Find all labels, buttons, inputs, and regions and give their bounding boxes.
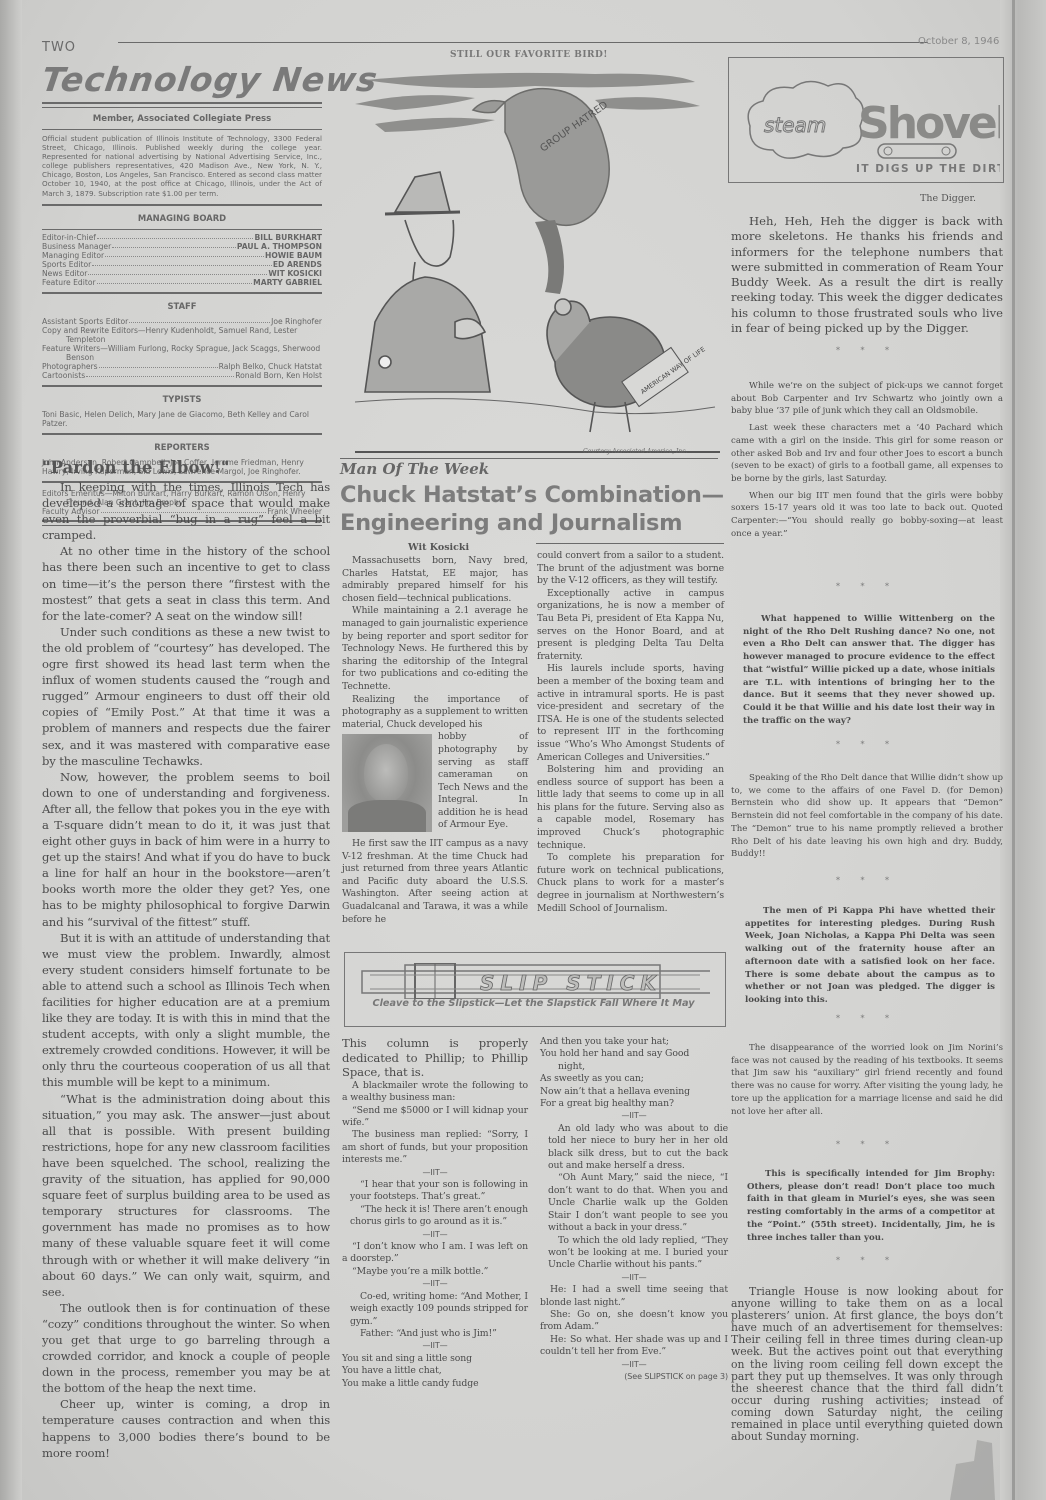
page-left-shadow [0, 0, 22, 1500]
joke-line: “Send me $5000 or I will kidnap your wif… [342, 1105, 528, 1130]
poem-line: You make a little candy fudge [342, 1378, 528, 1390]
staff-heading: STAFF [42, 301, 322, 311]
column-signature: The Digger. [920, 193, 976, 204]
editorial-cartoon: GROUP HATRED AMERICAN WAY OF LIF [355, 62, 720, 457]
issue-date: October 8, 1946 [918, 36, 999, 47]
joke-line: Father: “And just who is Jim!” [350, 1328, 528, 1340]
typists-names: Toni Basic, Helen Delich, Mary Jane de G… [42, 410, 322, 428]
joke-separator: —IIT— [342, 1229, 528, 1241]
divider [42, 129, 322, 130]
section-divider: * * * [731, 740, 1003, 749]
joke-separator: —IIT— [540, 1110, 728, 1122]
gossip-paragraph: The disappearance of the worried look on… [731, 1042, 1003, 1118]
poem: And then you take your hat; You hold her… [540, 1036, 728, 1110]
joke-line: He: I had a swell time seeing that blond… [540, 1284, 728, 1309]
joke-separator: —IIT— [540, 1359, 728, 1371]
managing-board-heading: MANAGING BOARD [42, 213, 322, 223]
masthead-title: Technology News [39, 60, 324, 99]
divider [536, 543, 724, 544]
staff-copy-rewrite: Copy and Rewrite Editors—Henry Kudenhold… [42, 326, 322, 335]
gossip-paragraph: When our big IIT men found that the girl… [731, 490, 1003, 541]
editorial-paragraph: But it is with an attitude of understand… [42, 930, 330, 1091]
publication-statement: Official student publication of Illinois… [42, 134, 322, 198]
joke-line: The business man replied: “Sorry, I am s… [342, 1129, 528, 1166]
staff-feature-writers: Feature Writers—William Furlong, Rocky S… [42, 344, 322, 353]
poem-line: Now ain’t that a hellava evening [540, 1086, 728, 1098]
staff-feature-writers-tail: Benson [42, 353, 322, 362]
gossip-paragraph: The men of Pi Kappa Phi have whetted the… [745, 905, 995, 1007]
feature-kicker: Man Of The Week [340, 460, 489, 478]
feature-paragraph: While maintaining a 2.1 average he manag… [342, 605, 528, 693]
feature-column-2: could convert from a sailor to a student… [537, 550, 724, 915]
joke-line: Co-ed, writing home: “And Mother, I weig… [350, 1291, 528, 1328]
section-divider: * * * [731, 346, 1003, 355]
gossip-item: This is specifically intended for Jim Br… [731, 1168, 1003, 1244]
poem-line: As sweetly as you can; [540, 1073, 728, 1085]
portrait-face [364, 744, 408, 802]
cartoon-caption: STILL OUR FAVORITE BIRD! [450, 50, 608, 60]
gossip-paragraph: What happened to Willie Wittenberg on th… [743, 613, 995, 727]
staff-row-cartoonists: CartoonistsRonald Born, Ken Holst [42, 371, 322, 380]
headline-line-1: Chuck Hatstat’s Combination— [340, 481, 725, 509]
gossip-item: The disappearance of the worried look on… [731, 1042, 1003, 1118]
gossip-item: While we’re on the subject of pick-ups w… [731, 380, 1003, 540]
page-crease [1012, 0, 1015, 1500]
joke-line: An old lady who was about to die told he… [548, 1123, 728, 1173]
staff-row-photographers: PhotographersRalph Belko, Chuck Hatstat [42, 362, 322, 371]
joke-separator: —IIT— [540, 1272, 728, 1284]
poem-line: You sit and sing a little song [342, 1353, 528, 1365]
managing-board-list: Editor-in-ChiefBill Burkhart Business Ma… [42, 233, 322, 287]
gossip-intro: Heh, Heh, Heh the digger is back with mo… [731, 214, 1003, 336]
divider [42, 292, 322, 294]
joke-line: She: Go on, she doesn’t know you from Ad… [540, 1309, 728, 1334]
board-row-sports-editor: Sports EditorEd Arends [42, 260, 322, 269]
staff-copy-rewrite-tail: Templeton [42, 335, 322, 344]
joke-line: “Oh Aunt Mary,” said the niece, “I don’t… [548, 1172, 728, 1234]
header-rule [118, 42, 928, 43]
cartoon-credit: Courtesy Associated America, Inc. [583, 448, 688, 455]
slipstick-tagline: Cleave to the Slipstick—Let the Slapstic… [361, 998, 706, 1009]
gossip-paragraph: Triangle House is now looking about for … [731, 1286, 1003, 1443]
joke-line: A blackmailer wrote the following to a w… [342, 1080, 528, 1105]
gossip-paragraph: Last week these characters met a ’40 Pac… [731, 422, 1003, 486]
joke-block: An old lady who was about to die told he… [540, 1123, 728, 1272]
poem-line: You have a little chat, [342, 1365, 528, 1377]
feature-paragraph: His laurels include sports, having been … [537, 663, 724, 764]
page-right-edge [1000, 0, 1046, 1500]
gossip-item: What happened to Willie Wittenberg on th… [731, 613, 1003, 727]
svg-text:IT DIGS UP THE DIRT: IT DIGS UP THE DIRT [856, 163, 1000, 175]
page-number-label: TWO [42, 40, 76, 55]
feature-paragraph: Massachusetts born, Navy bred, Charles H… [342, 555, 528, 605]
gossip-paragraph: This is specifically intended for Jim Br… [747, 1168, 995, 1244]
editorial-article: "Pardon the Elbow!" In keeping with the … [42, 458, 330, 1461]
section-divider: * * * [731, 1014, 1003, 1023]
joke-block: “I hear that your son is following in yo… [342, 1179, 528, 1229]
editorial-paragraph: In keeping with the times, Illinois Tech… [42, 479, 330, 543]
joke-line: He: So what. Her shade was up and I coul… [540, 1334, 728, 1359]
poem: You sit and sing a little song You have … [342, 1353, 528, 1390]
editorial-paragraph: Cheer up, winter is coming, a drop in te… [42, 1396, 330, 1460]
board-row-feature-editor: Feature EditorMarty Gabriel [42, 278, 322, 287]
editorial-paragraph: The outlook then is for continuation of … [42, 1300, 330, 1397]
poem-line: night, [540, 1061, 728, 1073]
joke-separator: —IIT— [342, 1167, 528, 1179]
joke-block: Co-ed, writing home: “And Mother, I weig… [342, 1291, 528, 1341]
feature-headline: Chuck Hatstat’s Combination— Engineering… [340, 481, 725, 537]
cartoon-illustration-icon: GROUP HATRED AMERICAN WAY OF LIF [355, 62, 720, 457]
member-line: Member, Associated Collegiate Press [42, 114, 322, 124]
section-divider: * * * [731, 1140, 1003, 1149]
section-divider: * * * [731, 876, 1003, 885]
divider [42, 204, 322, 206]
slipstick-column-1: This column is properly dedicated to Phi… [342, 1036, 528, 1390]
section-divider: * * * [731, 1256, 1003, 1265]
divider [42, 102, 322, 104]
joke-separator: —IIT— [342, 1278, 528, 1290]
editorial-paragraph: At no other time in the history of the s… [42, 543, 330, 623]
portrait-photo [342, 734, 432, 832]
joke-line: To which the old lady replied, “They won… [548, 1235, 728, 1272]
gossip-paragraph: While we’re on the subject of pick-ups w… [731, 380, 1003, 418]
poem-line: You hold her hand and say Good [540, 1048, 728, 1060]
newspaper-page: TWO October 8, 1946 Technology News Memb… [0, 0, 1046, 1500]
continued-link[interactable]: (See SLIPSTICK on page 3) [540, 1371, 728, 1383]
board-row-business-manager: Business ManagerPaul A. Thompson [42, 242, 322, 251]
editorial-title: "Pardon the Elbow!" [42, 458, 330, 477]
svg-text:Shovel: Shovel [858, 98, 1000, 149]
feature-paragraph: To complete his preparation for future w… [537, 852, 724, 915]
gossip-paragraph: Speaking of the Rho Delt dance that Will… [731, 772, 1003, 861]
staff-list: Assistant Sports EditorJoe Ringhofer Cop… [42, 317, 322, 380]
poem-line: For a great big healthy man? [540, 1098, 728, 1110]
feature-paragraph: Bolstering him and providing an endless … [537, 764, 724, 852]
editorial-paragraph: Now, however, the problem seems to boil … [42, 769, 330, 930]
divider [340, 458, 718, 459]
poem-line: And then you take your hat; [540, 1036, 728, 1048]
joke-line: “I hear that your son is following in yo… [350, 1179, 528, 1204]
section-divider: * * * [731, 582, 1003, 591]
byline: Wit Kosicki [408, 542, 469, 553]
feature-paragraph: Realizing the importance of photography … [342, 694, 528, 732]
joke-line: “Maybe you’re a milk bottle.” [342, 1266, 528, 1278]
typists-heading: TYPISTS [42, 394, 322, 404]
editorial-paragraph: Under such conditions as these a new twi… [42, 624, 330, 769]
gossip-item: Speaking of the Rho Delt dance that Will… [731, 772, 1003, 861]
svg-text:steam: steam [764, 113, 826, 137]
editorial-paragraph: “What is the administration doing about … [42, 1091, 330, 1300]
steam-shovel-logo-icon: steam Shovel IT DIGS UP THE DIRT [738, 66, 1000, 178]
gossip-item: The men of Pi Kappa Phi have whetted the… [731, 905, 1003, 1007]
divider [42, 229, 322, 230]
divider [42, 385, 322, 387]
portrait-shoulders [348, 800, 426, 832]
joke-line: “I don’t know who I am. I was left on a … [342, 1241, 528, 1266]
board-row-editor-in-chief: Editor-in-ChiefBill Burkhart [42, 233, 322, 242]
board-row-managing-editor: Managing EditorHowie Baum [42, 251, 322, 260]
gossip-item: Triangle House is now looking about for … [731, 1286, 1003, 1443]
divider [42, 107, 322, 108]
divider [42, 433, 322, 435]
staff-row-assistant-sports: Assistant Sports EditorJoe Ringhofer [42, 317, 322, 326]
svg-text:SLIP STICK: SLIP STICK [480, 971, 662, 995]
joke-separator: —IIT— [342, 1340, 528, 1352]
feature-paragraph: Exceptionally active in campus organizat… [537, 588, 724, 664]
feature-paragraph: He first saw the IIT campus as a navy V-… [342, 838, 528, 926]
feature-column-1: Massachusetts born, Navy bred, Charles H… [342, 555, 528, 926]
board-row-news-editor: News EditorWit Kosicki [42, 269, 322, 278]
reporters-heading: REPORTERS [42, 442, 322, 452]
feature-paragraph: could convert from a sailor to a student… [537, 550, 724, 588]
joke-line: “The heck it is! There aren’t enough cho… [350, 1204, 528, 1229]
slide-rule-icon: SLIP STICK [360, 963, 710, 999]
headline-line-2: Engineering and Journalism [340, 509, 725, 537]
gossip-paragraph: Heh, Heh, Heh the digger is back with mo… [731, 214, 1003, 336]
slipstick-column-2: And then you take your hat; You hold her… [540, 1036, 728, 1383]
slipstick-lead: This column is properly dedicated to Phi… [342, 1036, 528, 1080]
